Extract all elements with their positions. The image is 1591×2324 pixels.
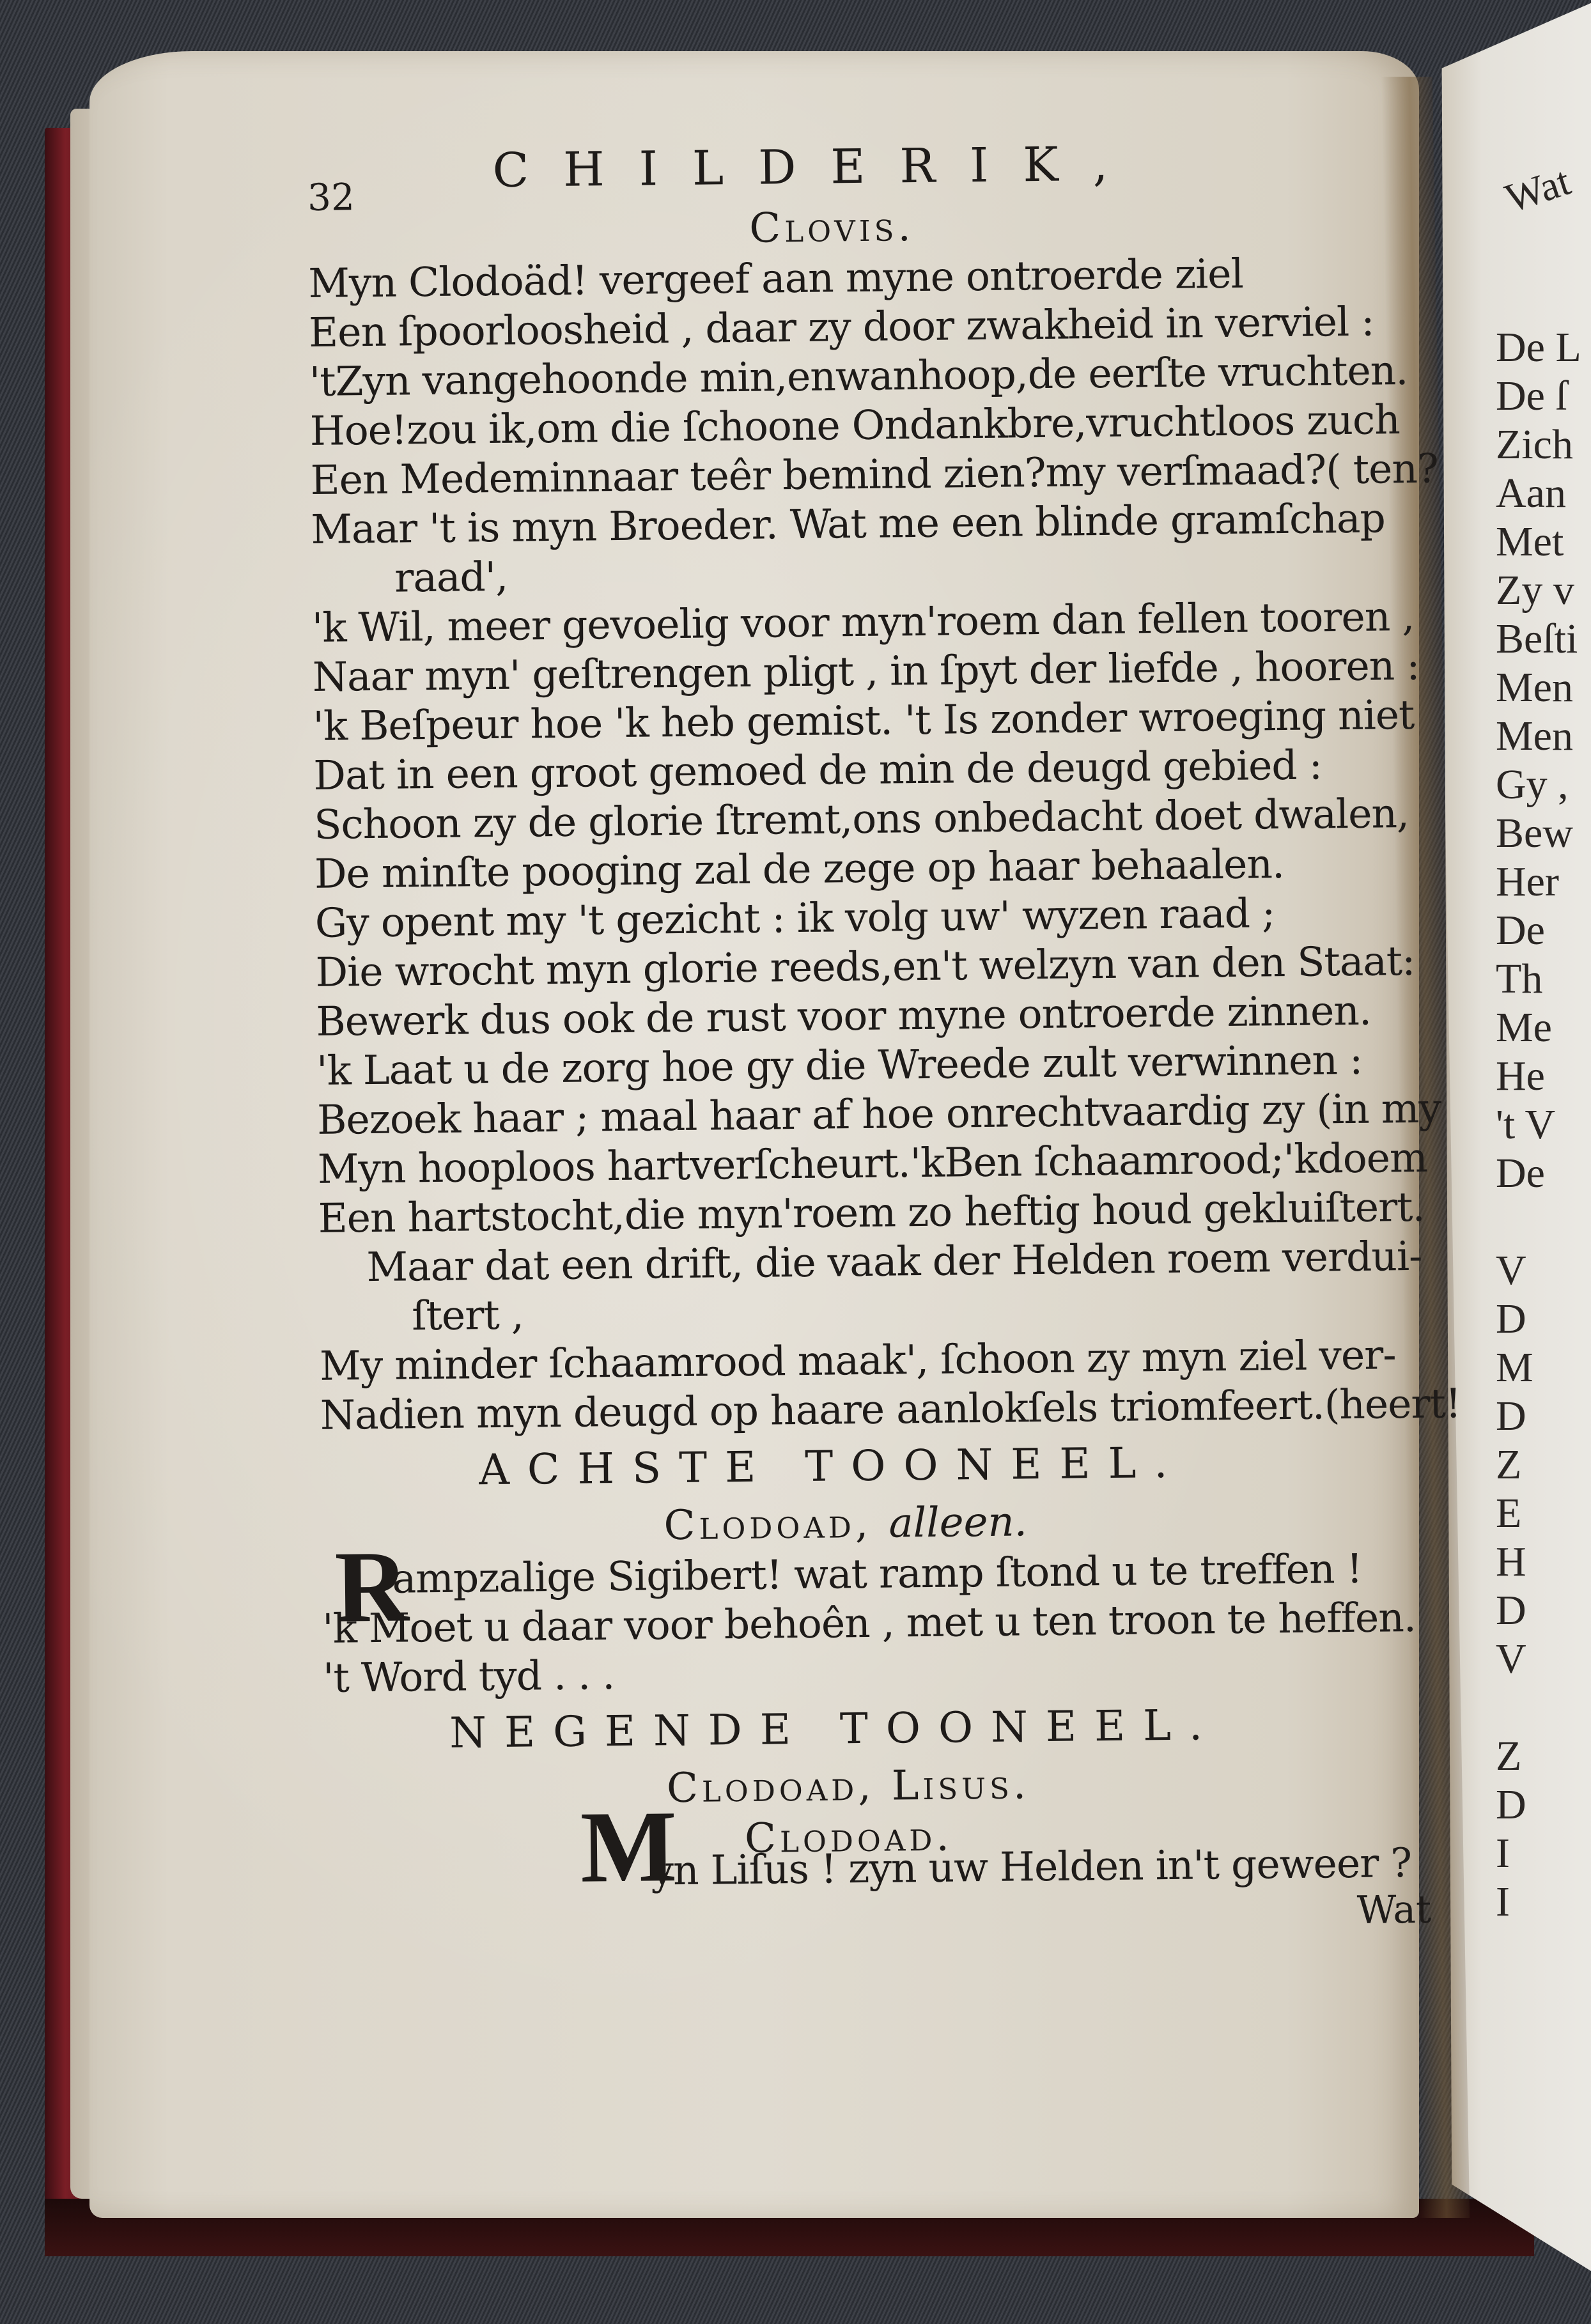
facing-line: Bew	[1496, 809, 1591, 858]
running-title: CHILDERIK,	[492, 136, 1142, 198]
facing-line: Beſti	[1496, 615, 1591, 663]
facing-line: H	[1496, 1538, 1591, 1586]
facing-line: Z	[1496, 1732, 1591, 1781]
facing-line: V	[1496, 1246, 1591, 1295]
page-number: 32	[307, 175, 355, 219]
speaker-name: Clodoad,	[664, 1500, 872, 1549]
facing-line: D	[1496, 1586, 1591, 1635]
stage-direction: alleen.	[889, 1498, 1027, 1547]
facing-line: Aan	[1496, 469, 1591, 518]
facing-line: V	[1496, 1635, 1591, 1684]
facing-line: Her	[1496, 858, 1591, 906]
facing-line: D	[1496, 1295, 1591, 1344]
facing-line: De L	[1496, 323, 1591, 372]
facing-line: Men	[1496, 663, 1591, 712]
drop-cap: M	[580, 1801, 677, 1892]
facing-line: He	[1496, 1052, 1591, 1101]
facing-line: Gy ,	[1496, 761, 1591, 809]
drop-cap: R	[334, 1541, 409, 1631]
facing-line: De	[1496, 1149, 1591, 1198]
facing-line: E	[1496, 1489, 1591, 1538]
page-text: 32 CHILDERIK, Clovis. Myn Clodoäd! verge…	[307, 126, 1450, 1944]
speech: Myn Clodoäd! vergeef aan myne ontroerde …	[308, 247, 1445, 1440]
facing-line: 't V	[1496, 1101, 1591, 1149]
facing-line: Zy v	[1496, 566, 1591, 615]
facing-line: Me	[1496, 1003, 1591, 1052]
facing-line: D	[1496, 1781, 1591, 1829]
facing-line: De ſ	[1496, 372, 1591, 421]
facing-line: Met	[1496, 518, 1591, 566]
facing-line: I	[1496, 1878, 1591, 1926]
facing-line: I	[1496, 1829, 1591, 1878]
facing-line: De	[1496, 906, 1591, 955]
facing-line: Th	[1496, 955, 1591, 1003]
page-header: 32 CHILDERIK,	[307, 126, 1432, 208]
facing-line: Z	[1496, 1441, 1591, 1489]
facing-page-text: De L De ſ Zich Aan Met Zy v Beſti Men Me…	[1496, 275, 1591, 1926]
facing-line: Zich	[1496, 421, 1591, 469]
speech: R ampzalige Sigibert! wat ramp ſtond u t…	[322, 1543, 1448, 1702]
facing-line: D	[1496, 1392, 1591, 1441]
facing-line: Men	[1496, 712, 1591, 761]
facing-line: M	[1496, 1344, 1591, 1392]
